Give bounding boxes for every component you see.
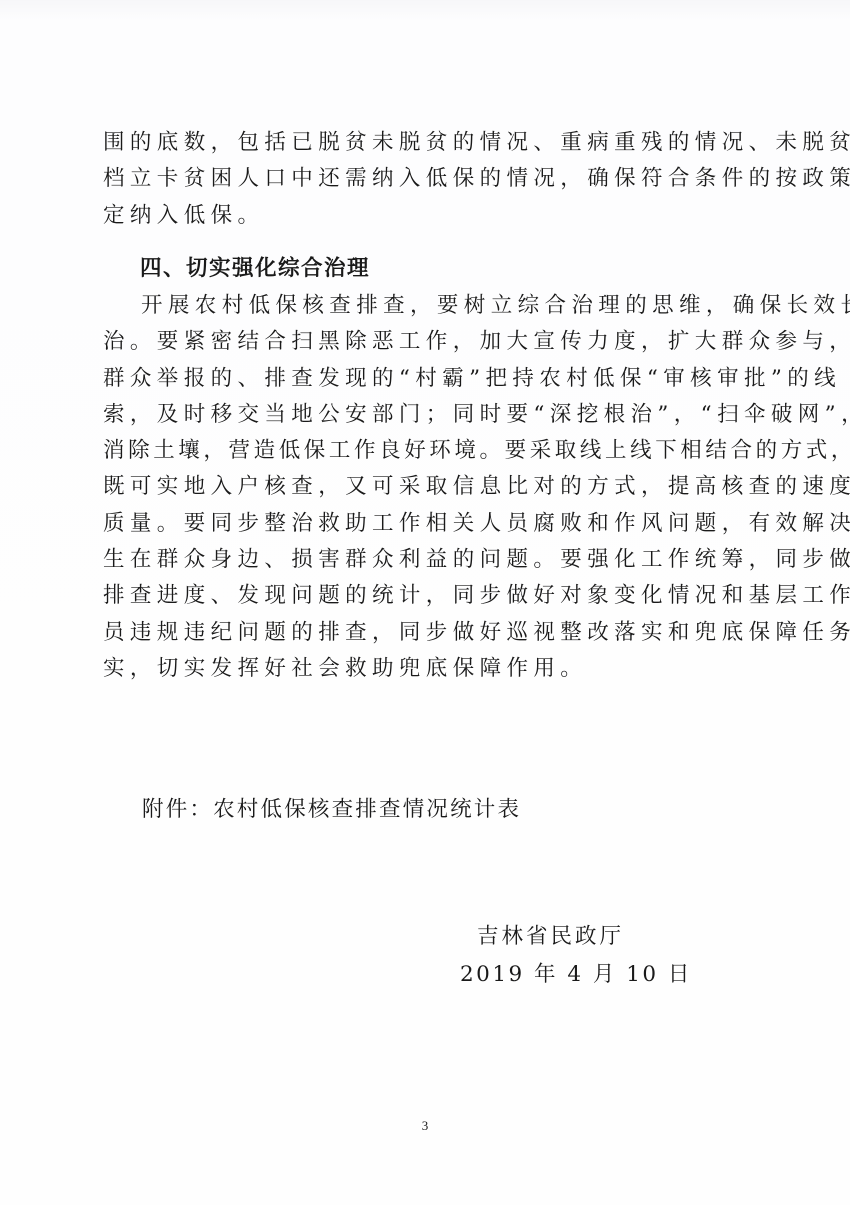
page-number: 3 (0, 1118, 850, 1134)
section-paragraph: 开展农村低保核查排查，要树立综合治理的思维，确保长效长 治。要紧密结合扫黑除恶工… (103, 288, 793, 687)
paragraph-line: 生在群众身边、损害群众利益的问题。要强化工作统筹，同步做好 (103, 542, 793, 578)
issuing-organization: 吉林省民政厅 (460, 918, 692, 956)
paragraph-line: 群众举报的、排查发现的“村霸”把持农村低保“审核审批”的线 (103, 361, 793, 397)
paragraph-line: 实，切实发挥好社会救助兜底保障作用。 (103, 651, 793, 687)
paragraph-line: 索，及时移交当地公安部门；同时要“深挖根治”，“扫伞破网”， (103, 397, 793, 433)
paragraph-line: 围的底数，包括已脱贫未脱贫的情况、重病重残的情况、未脱贫建 (103, 125, 793, 161)
paragraph-line: 质量。要同步整治救助工作相关人员腐败和作风问题，有效解决发 (103, 506, 793, 542)
paragraph-line: 排查进度、发现问题的统计，同步做好对象变化情况和基层工作人 (103, 578, 793, 614)
paragraph-line: 员违规违纪问题的排查，同步做好巡视整改落实和兜底保障任务落 (103, 615, 793, 651)
paragraph-line: 既可实地入户核查，又可采取信息比对的方式，提高核查的速度和 (103, 469, 793, 505)
paragraph-line: 治。要紧密结合扫黑除恶工作，加大宣传力度，扩大群众参与，对 (103, 324, 793, 360)
signature-block: 吉林省民政厅 2019 年 4 月 10 日 (460, 918, 692, 994)
section-heading: 四、切实强化综合治理 (140, 251, 370, 287)
document-page: 围的底数，包括已脱贫未脱贫的情况、重病重残的情况、未脱贫建 档立卡贫困人口中还需… (0, 0, 850, 1205)
paragraph-line: 档立卡贫困人口中还需纳入低保的情况，确保符合条件的按政策规 (103, 161, 793, 197)
paragraph-line: 开展农村低保核查排查，要树立综合治理的思维，确保长效长 (103, 288, 793, 324)
attachment-note: 附件：农村低保核查排查情况统计表 (142, 792, 521, 828)
paragraph-line: 消除土壤，营造低保工作良好环境。要采取线上线下相结合的方式， (103, 433, 793, 469)
paragraph-line: 定纳入低保。 (103, 198, 793, 234)
continuation-paragraph: 围的底数，包括已脱贫未脱贫的情况、重病重残的情况、未脱贫建 档立卡贫困人口中还需… (103, 125, 793, 234)
issue-date: 2019 年 4 月 10 日 (460, 956, 692, 994)
